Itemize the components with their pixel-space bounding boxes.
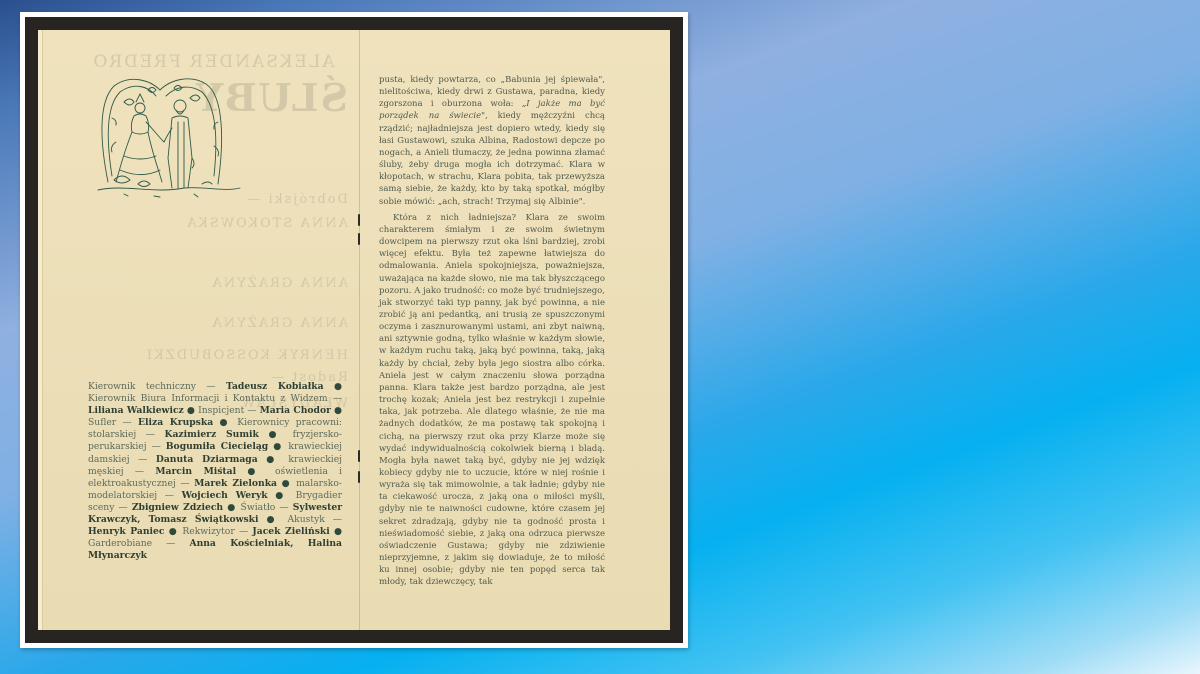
programme-spread: ALEKSANDER FREDRO ŚLUBY Dobrójski — ANNA… <box>38 30 670 630</box>
bullet-separator-icon: ● <box>334 405 342 416</box>
credit-role: Garderobiane — <box>88 538 175 549</box>
left-page: ALEKSANDER FREDRO ŚLUBY Dobrójski — ANNA… <box>38 30 359 630</box>
bullet-separator-icon: ● <box>169 526 178 537</box>
showthrough-line: HENRYK KOSSOBUDZKI <box>78 346 348 366</box>
showthrough-line: ANNA STOKOWSKA <box>78 214 348 234</box>
bullet-separator-icon: ● <box>334 526 342 537</box>
credit-role: Rekwizytor — <box>182 526 248 537</box>
scan-frame: ALEKSANDER FREDRO ŚLUBY Dobrójski — ANNA… <box>20 12 688 648</box>
bullet-separator-icon: ● <box>247 466 263 477</box>
paragraph: pusta, kiedy powtarza, co „Babunia jej ś… <box>379 74 605 208</box>
bullet-separator-icon: ● <box>266 454 280 465</box>
bullet-separator-icon: ● <box>220 417 231 428</box>
paragraph: Która z nich ładniejsza? Klara ze swoim … <box>379 212 605 589</box>
credit-name: Kazimierz Sumik <box>164 429 258 440</box>
credit-name: Danuta Dziarmaga <box>156 454 258 465</box>
credit-name: Marcin Miśtal <box>155 466 236 477</box>
credit-name: Eliza Krupska <box>138 417 213 428</box>
bullet-separator-icon: ● <box>282 478 292 489</box>
credit-role: Kierownik techniczny — <box>88 381 216 392</box>
credit-name: Tadeusz Kobiałka <box>226 381 324 392</box>
credit-name: Henryk Paniec <box>88 526 165 537</box>
bullet-separator-icon: ● <box>267 514 280 525</box>
credit-name: Marek Zielonka <box>194 478 277 489</box>
showthrough-line: ANNA GRAŻYNA <box>78 274 348 294</box>
credit-role: Światło — <box>241 502 289 513</box>
bullet-separator-icon: ● <box>334 381 342 392</box>
showthrough-line: ANNA GRAŻYNA <box>78 314 348 334</box>
showthrough-line: ALEKSANDER FREDRO <box>78 52 348 72</box>
credit-role: Akustyk — <box>288 514 342 525</box>
bullet-separator-icon: ● <box>227 502 236 513</box>
credit-role: Sufler — <box>88 417 132 428</box>
paragraph-text: , kiedy mężczyźni chcą rządzić; najładni… <box>379 111 605 206</box>
scan-backdrop: ALEKSANDER FREDRO ŚLUBY Dobrójski — ANNA… <box>25 17 683 643</box>
credit-role: Kierownik Biura Informacji i Kontaktu z … <box>88 393 342 404</box>
bullet-separator-icon: ● <box>268 429 283 440</box>
credit-name: Wojciech Weryk <box>182 490 268 501</box>
credit-name: Liliana Walkiewicz <box>88 405 184 416</box>
production-credits: Kierownik techniczny — Tadeusz Kobiałka … <box>88 381 342 562</box>
credit-name: Zbigniew Zdziech <box>132 502 223 513</box>
essay-text: pusta, kiedy powtarza, co „Babunia jej ś… <box>379 74 605 589</box>
couple-under-arch-illustration <box>94 72 242 204</box>
right-page: pusta, kiedy powtarza, co „Babunia jej ś… <box>360 30 670 630</box>
bullet-separator-icon: ● <box>275 490 288 501</box>
credit-name: Bogumiła Ciecieląg <box>166 441 268 452</box>
credit-name: Jacek Zieliński <box>252 526 329 537</box>
credit-name: Maria Chodor <box>260 405 331 416</box>
credit-role: Inspicjent — <box>198 405 256 416</box>
bullet-separator-icon: ● <box>273 441 283 452</box>
bullet-separator-icon: ● <box>187 405 195 416</box>
